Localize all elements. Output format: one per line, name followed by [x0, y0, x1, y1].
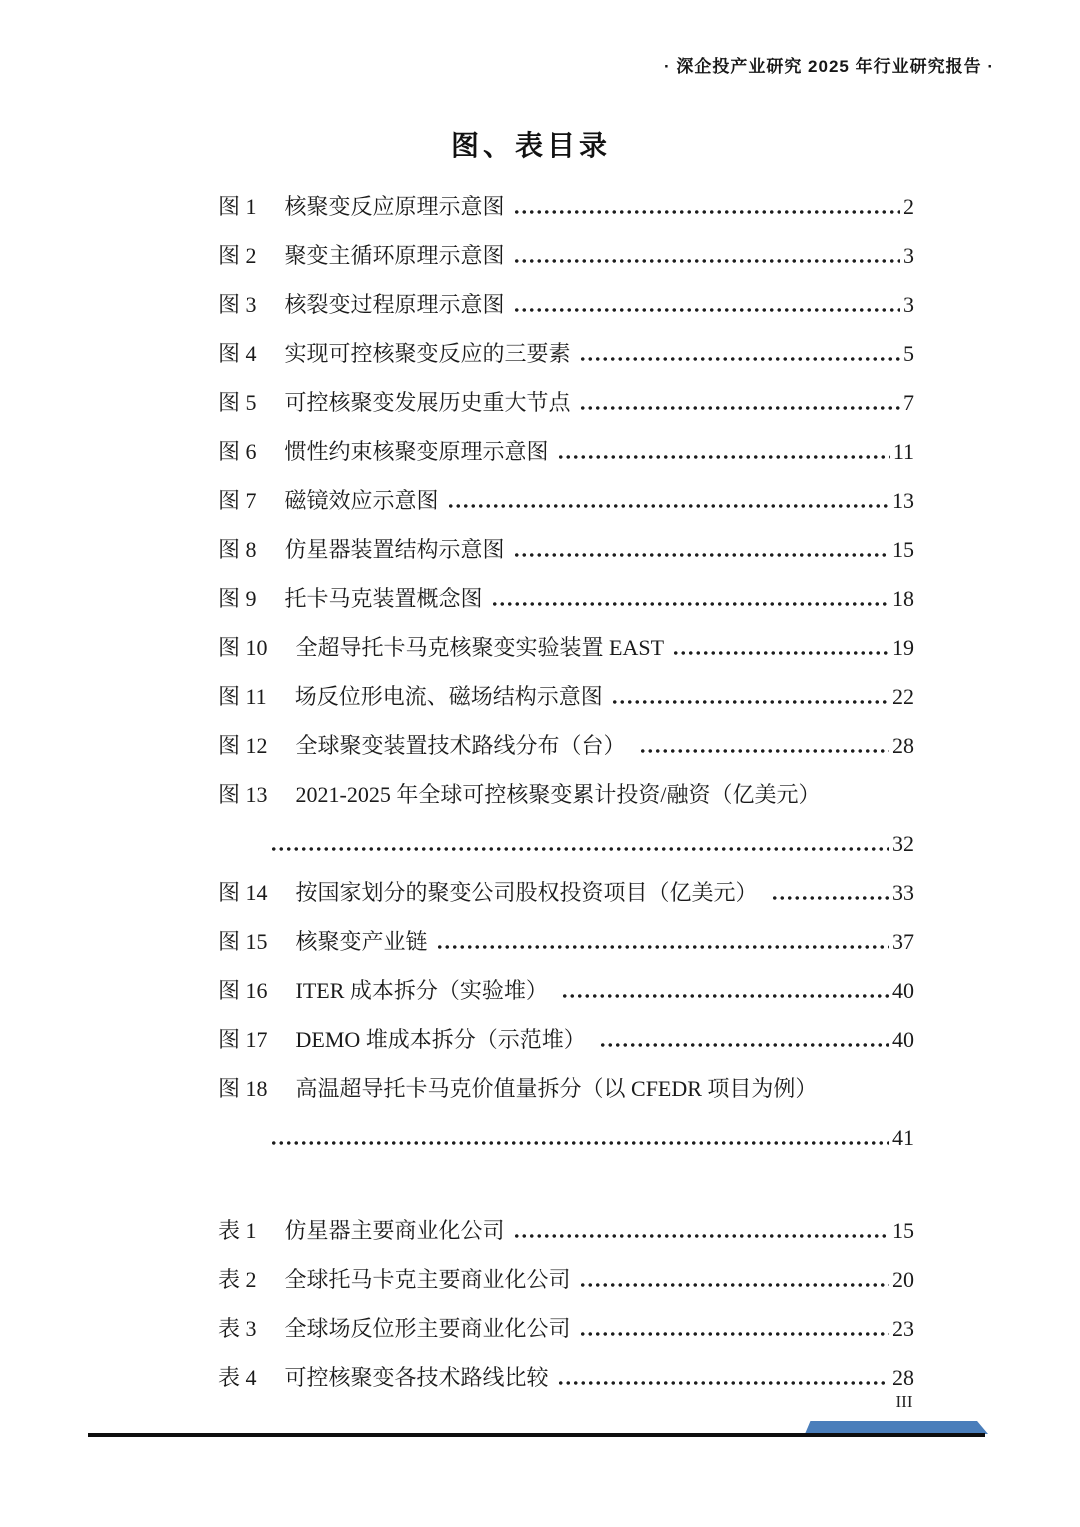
toc-entry-title: 全球聚变装置技术路线分布（台）	[296, 731, 632, 761]
toc-entry-label: 图 18	[218, 1074, 268, 1104]
dot-leader	[599, 1041, 889, 1049]
dot-leader	[447, 502, 889, 510]
dot-leader	[557, 1379, 889, 1387]
dot-leader	[491, 600, 889, 608]
toc-entry-label: 图 11	[218, 682, 267, 712]
table-of-contents: 图 1 核聚变反应原理示意图 2 图 2 聚变主循环原理示意图 3 图 3 核裂…	[218, 173, 914, 1393]
figure-toc-entry: 图 10 全超导托卡马克核聚变实验装置 EAST 19	[218, 614, 914, 663]
toc-entry-title: 全球场反位形主要商业化公司	[285, 1314, 571, 1344]
toc-entry-page: 40	[892, 1025, 914, 1055]
figure-toc-entry: 图 8 仿星器装置结构示意图 15	[218, 516, 914, 565]
toc-entry-title: 实现可控核聚变反应的三要素	[285, 339, 571, 369]
toc-entry-page: 33	[892, 878, 914, 908]
toc-entry-label: 图 4	[218, 339, 257, 369]
toc-entry-title: DEMO 堆成本拆分（示范堆）	[296, 1025, 592, 1055]
toc-entry-page: 19	[892, 633, 914, 663]
figure-toc-entry: 图 13 2021-2025 年全球可控核聚变累计投资/融资（亿美元）	[218, 761, 914, 810]
dot-leader	[513, 1232, 889, 1240]
toc-entry-title: 惯性约束核聚变原理示意图	[285, 437, 549, 467]
dot-leader	[557, 453, 890, 461]
table-toc-entry: 表 3 全球场反位形主要商业化公司 23	[218, 1295, 914, 1344]
toc-entry-label: 图 14	[218, 878, 268, 908]
toc-entry-page: 15	[892, 535, 914, 565]
figure-toc-entry: 图 3 核裂变过程原理示意图 3	[218, 271, 914, 320]
footer-divider-line	[88, 1433, 985, 1437]
figure-toc-entry: 图 5 可控核聚变发展历史重大节点 7	[218, 369, 914, 418]
figure-toc-entry: 图 1 核聚变反应原理示意图 2	[218, 173, 914, 222]
figure-toc-entry: 图 11 场反位形电流、磁场结构示意图 22	[218, 663, 914, 712]
toc-entry-label: 图 2	[218, 241, 257, 271]
toc-entry-label: 图 3	[218, 290, 257, 320]
toc-entry-label: 图 16	[218, 976, 268, 1006]
toc-entry-page: 41	[892, 1123, 914, 1153]
toc-entry-title: 高温超导托卡马克价值量拆分（以 CFEDR 项目为例）	[296, 1074, 914, 1104]
tables-toc-section: 表 1 仿星器主要商业化公司 15 表 2 全球托马卡克主要商业化公司 20 表…	[218, 1197, 914, 1393]
toc-entry-title: 仿星器主要商业化公司	[285, 1216, 505, 1246]
toc-entry-label: 图 6	[218, 437, 257, 467]
toc-entry-title: 场反位形电流、磁场结构示意图	[295, 682, 603, 712]
table-toc-entry: 表 4 可控核聚变各技术路线比较 28	[218, 1344, 914, 1393]
toc-entry-label: 图 7	[218, 486, 257, 516]
toc-entry-label: 图 1	[218, 192, 257, 222]
toc-entry-label: 图 10	[218, 633, 268, 663]
table-toc-entry: 表 1 仿星器主要商业化公司 15	[218, 1197, 914, 1246]
toc-entry-title: 核聚变产业链	[296, 927, 428, 957]
dot-leader	[579, 1281, 889, 1289]
toc-entry-page: 23	[892, 1314, 914, 1344]
dot-leader	[513, 208, 900, 216]
figure-toc-entry: 图 2 聚变主循环原理示意图 3	[218, 222, 914, 271]
toc-entry-title: 全超导托卡马克核聚变实验装置 EAST	[296, 633, 665, 663]
figure-toc-entry-continuation: 32	[218, 810, 914, 859]
report-header: · 深企投产业研究 2025 年行业研究报告 ·	[664, 52, 994, 77]
toc-entry-label: 表 3	[218, 1314, 257, 1344]
figure-toc-entry: 图 17 DEMO 堆成本拆分（示范堆） 40	[218, 1006, 914, 1055]
toc-entry-page: 20	[892, 1265, 914, 1295]
dot-leader	[672, 649, 889, 657]
figure-toc-entry: 图 4 实现可控核聚变反应的三要素 5	[218, 320, 914, 369]
document-page: · 深企投产业研究 2025 年行业研究报告 · 图、表目录 图 1 核聚变反应…	[0, 0, 1080, 1527]
toc-entry-label: 图 12	[218, 731, 268, 761]
dot-leader	[513, 306, 900, 314]
toc-entry-page: 2	[903, 192, 914, 222]
toc-entry-title: 2021-2025 年全球可控核聚变累计投资/融资（亿美元）	[296, 780, 914, 810]
figure-toc-entry-continuation: 41	[218, 1104, 914, 1153]
toc-entry-label: 图 9	[218, 584, 257, 614]
toc-entry-title: 按国家划分的聚变公司股权投资项目（亿美元）	[296, 878, 764, 908]
toc-entry-page: 18	[892, 584, 914, 614]
dot-leader	[513, 257, 900, 265]
figure-toc-entry: 图 18 高温超导托卡马克价值量拆分（以 CFEDR 项目为例）	[218, 1055, 914, 1104]
dot-leader	[270, 845, 889, 853]
dot-leader	[639, 747, 889, 755]
toc-entry-title: 核聚变反应原理示意图	[285, 192, 505, 222]
toc-entry-page: 5	[903, 339, 914, 369]
toc-entry-label: 图 8	[218, 535, 257, 565]
dot-leader	[579, 404, 900, 412]
toc-entry-title: 核裂变过程原理示意图	[285, 290, 505, 320]
toc-entry-label: 表 4	[218, 1363, 257, 1393]
figure-toc-entry: 图 12 全球聚变装置技术路线分布（台） 28	[218, 712, 914, 761]
toc-entry-page: 7	[903, 388, 914, 418]
toc-entry-page: 37	[892, 927, 914, 957]
toc-entry-label: 表 2	[218, 1265, 257, 1295]
toc-entry-page: 32	[892, 829, 914, 859]
dot-leader	[513, 551, 889, 559]
toc-entry-title: 可控核聚变发展历史重大节点	[285, 388, 571, 418]
toc-entry-title: 全球托马卡克主要商业化公司	[285, 1265, 571, 1295]
toc-entry-title: 托卡马克装置概念图	[285, 584, 483, 614]
toc-entry-page: 28	[892, 1363, 914, 1393]
toc-entry-label: 图 17	[218, 1025, 268, 1055]
dot-leader	[270, 1139, 889, 1147]
toc-entry-label: 图 13	[218, 780, 268, 810]
figure-toc-entry: 图 6 惯性约束核聚变原理示意图 11	[218, 418, 914, 467]
toc-entry-label: 表 1	[218, 1216, 257, 1246]
figure-toc-entry: 图 9 托卡马克装置概念图 18	[218, 565, 914, 614]
toc-entry-page: 3	[903, 241, 914, 271]
toc-entry-label: 图 15	[218, 927, 268, 957]
toc-entry-page: 13	[892, 486, 914, 516]
dot-leader	[771, 894, 889, 902]
figure-toc-entry: 图 16 ITER 成本拆分（实验堆） 40	[218, 957, 914, 1006]
dot-leader	[579, 355, 900, 363]
dot-leader	[579, 1330, 889, 1338]
toc-entry-page: 28	[892, 731, 914, 761]
dot-leader	[561, 992, 889, 1000]
toc-entry-label: 图 5	[218, 388, 257, 418]
toc-entry-page: 15	[892, 1216, 914, 1246]
toc-entry-title: 聚变主循环原理示意图	[285, 241, 505, 271]
dot-leader	[436, 943, 889, 951]
dot-leader	[611, 698, 889, 706]
footer-page-number: III	[878, 1392, 930, 1412]
toc-entry-title: 仿星器装置结构示意图	[285, 535, 505, 565]
toc-entry-title: 磁镜效应示意图	[285, 486, 439, 516]
toc-entry-title: ITER 成本拆分（实验堆）	[296, 976, 554, 1006]
figure-toc-entry: 图 14 按国家划分的聚变公司股权投资项目（亿美元） 33	[218, 859, 914, 908]
table-toc-entry: 表 2 全球托马卡克主要商业化公司 20	[218, 1246, 914, 1295]
figures-toc-section: 图 1 核聚变反应原理示意图 2 图 2 聚变主循环原理示意图 3 图 3 核裂…	[218, 173, 914, 1153]
toc-entry-page: 40	[892, 976, 914, 1006]
page-title: 图、表目录	[0, 124, 1062, 164]
toc-entry-page: 22	[892, 682, 914, 712]
figure-toc-entry: 图 15 核聚变产业链 37	[218, 908, 914, 957]
toc-entry-page: 3	[903, 290, 914, 320]
toc-entry-title: 可控核聚变各技术路线比较	[285, 1363, 549, 1393]
toc-entry-page: 11	[893, 437, 914, 467]
figure-toc-entry: 图 7 磁镜效应示意图 13	[218, 467, 914, 516]
